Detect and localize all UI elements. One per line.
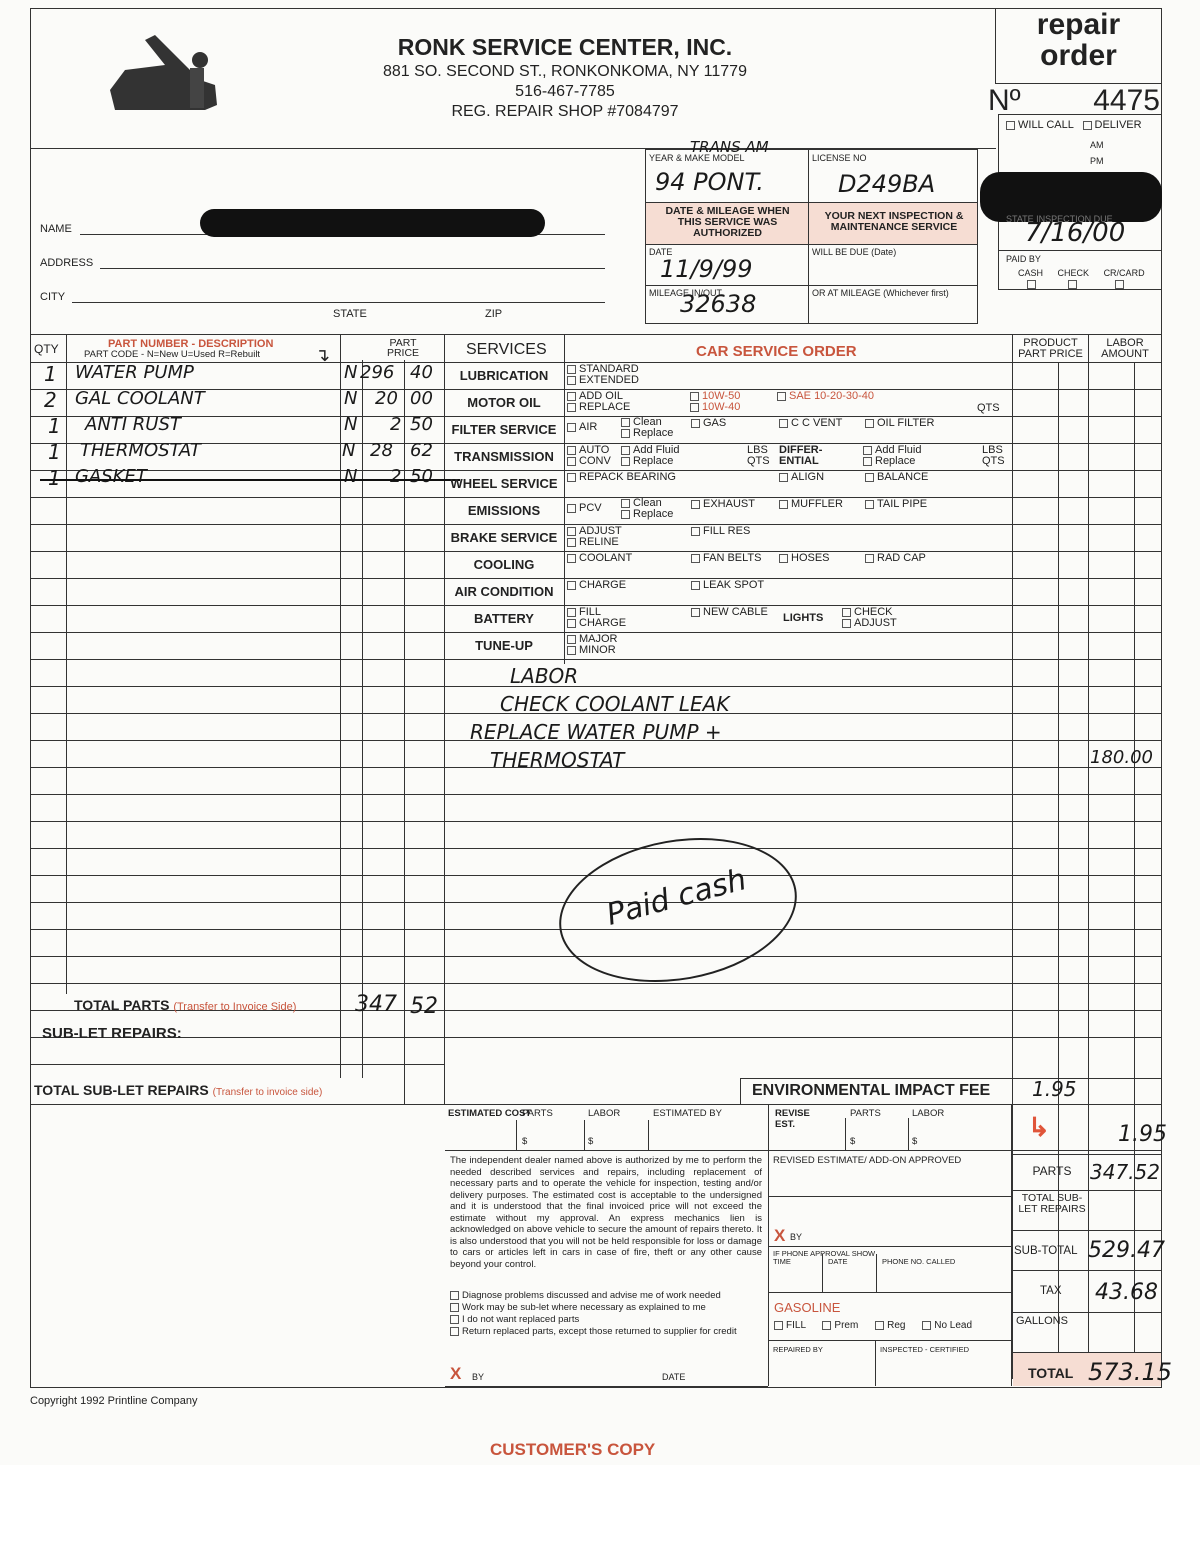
tax-value[interactable]: 43.68 — [1095, 1280, 1158, 1305]
date-value[interactable]: 11/9/99 — [660, 255, 753, 283]
company-address: 881 SO. SECOND ST., RONKONKOMA, NY 11779 — [330, 63, 800, 81]
order-title: order — [996, 41, 1161, 71]
auth-check-sublet[interactable]: Work may be sub-let where necessary as e… — [450, 1302, 737, 1314]
table-row-struck[interactable]: 1 GASKET N 2 50 — [30, 466, 445, 492]
mileage-value[interactable]: 32638 — [680, 290, 756, 318]
will-call-checkbox[interactable] — [1006, 121, 1015, 130]
total-parts-dollars[interactable]: 347 — [355, 992, 397, 1017]
total-parts-cents[interactable]: 52 — [410, 994, 438, 1019]
model-value[interactable]: TRANS AM — [690, 138, 769, 156]
gas-nolead-checkbox[interactable] — [922, 1321, 931, 1330]
subtotal-value[interactable]: 529.47 — [1088, 1238, 1165, 1263]
reg-number: REG. REPAIR SHOP #7084797 — [330, 103, 800, 121]
service-battery[interactable]: BATTERYFILLCHARGENEW CABLELIGHTSCHECKADJ… — [445, 605, 1012, 632]
service-cooling[interactable]: COOLINGCOOLANTFAN BELTSHOSESRAD CAP — [445, 551, 1012, 578]
total-parts-label: TOTAL PARTS — [74, 997, 169, 1013]
order-number: 4475 — [1093, 84, 1160, 118]
service-motor-oil[interactable]: MOTOR OILADD OILREPLACE10W-5010W-40SAE 1… — [445, 389, 1012, 416]
grand-total-value[interactable]: 573.15 — [1088, 1358, 1172, 1386]
env-fee-value[interactable]: 1.95 — [1032, 1077, 1077, 1101]
crcard-checkbox[interactable] — [1115, 280, 1124, 289]
authorization-text: The independent dealer named above is au… — [450, 1155, 762, 1270]
labor-notes[interactable]: LABOR CHECK COOLANT LEAK REPLACE WATER P… — [470, 662, 729, 774]
company-name: RONK SERVICE CENTER, INC. — [330, 34, 800, 61]
totals-parts-value[interactable]: 347.52 — [1090, 1160, 1160, 1184]
service-filter[interactable]: FILTER SERVICEAIRCleanReplaceGASC C VENT… — [445, 416, 1012, 443]
cash-checkbox[interactable] — [1027, 280, 1036, 289]
auth-check-return[interactable]: Return replaced parts, except those retu… — [450, 1326, 737, 1338]
auth-check-no-parts[interactable]: I do not want replaced parts — [450, 1314, 737, 1326]
service-lubrication[interactable]: LUBRICATIONSTANDARDEXTENDED — [445, 362, 1012, 389]
service-emissions[interactable]: EMISSIONSPCVCleanReplaceEXHAUSTMUFFLERTA… — [445, 497, 1012, 524]
gas-prem-checkbox[interactable] — [822, 1321, 831, 1330]
table-row[interactable]: 2 GAL COOLANT N 20 00 — [30, 388, 445, 414]
table-row[interactable]: 1 THERMOSTAT N 28 62 — [30, 440, 445, 466]
labor-amount[interactable]: 180.00 — [1090, 747, 1153, 768]
service-wheel[interactable]: WHEEL SERVICEREPACK BEARINGALIGNBALANCE — [445, 470, 1012, 497]
state-inspection-due[interactable]: 7/16/00 — [1025, 218, 1125, 248]
city-field[interactable] — [72, 302, 605, 303]
service-transmission[interactable]: TRANSMISSIONAUTOCONVAdd FluidReplaceLBSQ… — [445, 443, 1012, 470]
company-phone: 516-467-7785 — [330, 83, 800, 101]
car-logo-icon — [105, 30, 230, 120]
repair-title: repair — [996, 9, 1161, 41]
signature-line[interactable] — [445, 1386, 768, 1387]
parts-list: 1 WATER PUMP N 296 40 2 GAL COOLANT N 20… — [30, 362, 445, 492]
check-checkbox[interactable] — [1068, 280, 1077, 289]
service-air-condition[interactable]: AIR CONDITIONCHARGELEAK SPOT — [445, 578, 1012, 605]
service-tune-up[interactable]: TUNE-UPMAJORMINOR — [445, 632, 1012, 659]
gas-fill-checkbox[interactable] — [774, 1321, 783, 1330]
redacted-name — [200, 209, 545, 237]
service-brake[interactable]: BRAKE SERVICEADJUSTRELINEFILL RES — [445, 524, 1012, 551]
table-row[interactable]: 1 WATER PUMP N 296 40 — [30, 362, 445, 388]
services-list: LUBRICATIONSTANDARDEXTENDED MOTOR OILADD… — [445, 362, 1012, 659]
year-make-value[interactable]: 94 PONT. — [655, 168, 764, 196]
no-label: Nº — [988, 84, 1021, 117]
table-row[interactable]: 1 ANTI RUST N 2 50 — [30, 414, 445, 440]
deliver-checkbox[interactable] — [1083, 121, 1092, 130]
address-field[interactable] — [100, 268, 605, 269]
arrow-right-icon: ↳ — [1028, 1112, 1050, 1143]
license-value[interactable]: D249BA — [838, 170, 935, 198]
auth-check-diagnose[interactable]: Diagnose problems discussed and advise m… — [450, 1290, 737, 1302]
gas-reg-checkbox[interactable] — [875, 1321, 884, 1330]
